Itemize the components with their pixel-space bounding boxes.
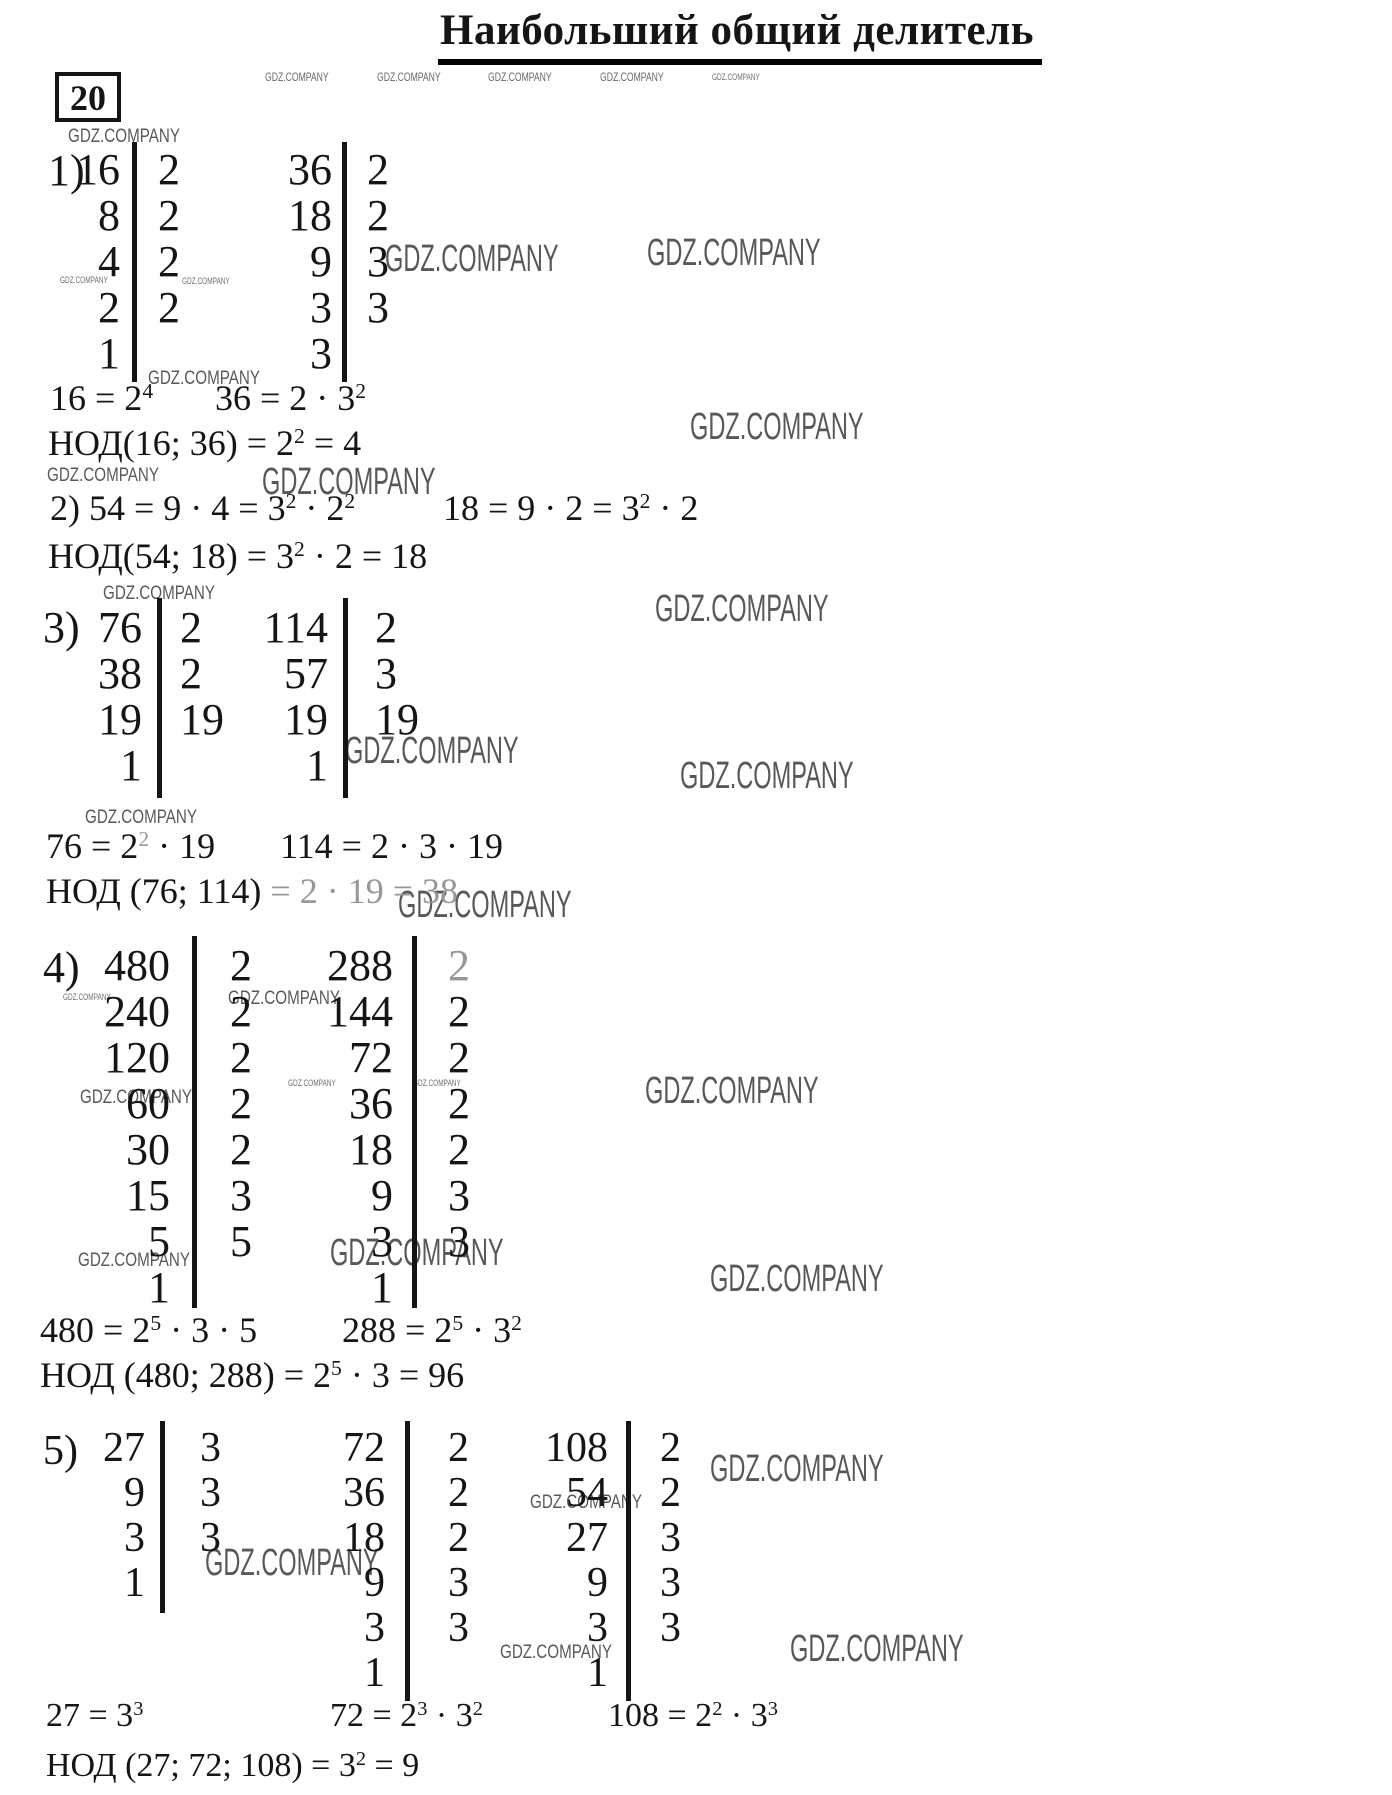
dividend-value: 1: [55, 1265, 170, 1311]
factorization-line: 18 = 9 · 2 = 32 · 2: [443, 490, 698, 527]
watermark: GDZ.COMPANY: [790, 1628, 964, 1671]
dividend-value: 8: [42, 193, 120, 239]
equation-text: = 4: [305, 423, 361, 463]
watermark: GDZ.COMPANY: [710, 1448, 884, 1491]
watermark: GDZ.COMPANY: [182, 276, 230, 286]
prime-divisor-value: 3: [660, 1517, 681, 1561]
equation-text: 76 = 2: [46, 826, 138, 866]
watermark: GDZ.COMPANY: [710, 1258, 884, 1301]
watermark: GDZ.COMPANY: [488, 70, 552, 84]
equation-text: · 2 = 18: [305, 536, 427, 576]
prime-divisor-value: 2: [180, 651, 202, 697]
prime-divisor-value: 2: [448, 1035, 470, 1081]
factorization-line: 36 = 2 · 32: [215, 380, 366, 417]
dividend-value: 288: [275, 943, 393, 989]
prime-divisor-value: 2: [158, 285, 180, 331]
factor-table-divider: [132, 142, 137, 382]
equation-text: = 2 · 19 = 38: [270, 871, 458, 911]
watermark: GDZ.COMPANY: [600, 70, 664, 84]
dividend-value: 9: [280, 1562, 385, 1606]
dividend-value: 60: [55, 1081, 170, 1127]
factorization-line: 114 = 2 · 3 · 19: [280, 828, 503, 865]
gcd-line: НОД (27; 72; 108) = 32 = 9: [46, 1748, 419, 1783]
dividend-value: 18: [280, 1517, 385, 1561]
equation-text: · 3: [463, 1310, 511, 1350]
prime-divisor-value: 3: [375, 651, 397, 697]
factor-table-divider: [405, 1421, 410, 1701]
equation-text: 27 = 3: [46, 1697, 133, 1734]
exponent: 2: [511, 1311, 522, 1335]
dividend-value: 3: [280, 1607, 385, 1651]
factorization-line: 16 = 24: [50, 380, 153, 417]
factor-table-divider: [626, 1421, 631, 1701]
dividend-value: 9: [60, 1472, 145, 1516]
prime-divisor-value: 2: [448, 1517, 469, 1561]
equation-text: · 19: [149, 826, 215, 866]
watermark: GDZ.COMPANY: [385, 238, 559, 281]
prime-divisor-value: 2: [367, 193, 389, 239]
dividend-value: 108: [510, 1427, 608, 1471]
factorization-line: 72 = 23 · 32: [330, 1698, 483, 1733]
equation-text: 480 = 2: [40, 1310, 150, 1350]
dividend-value: 18: [275, 1127, 393, 1173]
prime-divisor-value: 19: [375, 697, 419, 743]
prime-divisor-value: 2: [230, 1035, 252, 1081]
exponent: 3: [768, 1698, 778, 1720]
prime-divisor-value: 3: [448, 1607, 469, 1651]
exponent: 2: [286, 489, 297, 513]
exponent: 2: [473, 1698, 483, 1720]
equation-text: · 3: [427, 1697, 472, 1734]
dividend-value: 76: [58, 605, 142, 651]
equation-text: · 3: [722, 1697, 767, 1734]
dividend-value: 36: [280, 1472, 385, 1516]
gcd-line: НОД (76; 114) = 2 · 19 = 38: [46, 873, 458, 910]
prime-divisor-value: 2: [660, 1472, 681, 1516]
problem-number-box: 20: [55, 72, 121, 122]
dividend-value: 16: [42, 147, 120, 193]
dividend-value: 480: [55, 943, 170, 989]
prime-divisor-value: 2: [230, 1127, 252, 1173]
dividend-value: 4: [42, 239, 120, 285]
prime-divisor-value: 3: [448, 1219, 470, 1265]
equation-text: = 9: [366, 1747, 419, 1784]
dividend-value: 240: [55, 989, 170, 1035]
prime-divisor-value: 2: [448, 1472, 469, 1516]
dividend-value: 120: [55, 1035, 170, 1081]
equation-text: НОД(54; 18) = 3: [48, 536, 294, 576]
watermark: GDZ.COMPANY: [647, 232, 821, 275]
prime-divisor-value: 2: [660, 1427, 681, 1471]
factorization-line: 76 = 22 · 19: [46, 828, 215, 865]
dividend-value: 3: [275, 1219, 393, 1265]
prime-divisor-value: 3: [200, 1517, 221, 1561]
prime-divisor-value: 3: [200, 1427, 221, 1471]
equation-text: НОД (76; 114): [46, 871, 270, 911]
prime-divisor-value: 2: [375, 605, 397, 651]
equation-text: · 3 = 96: [342, 1355, 464, 1395]
factor-table-divider: [157, 598, 162, 798]
dividend-value: 72: [280, 1427, 385, 1471]
dividend-value: 18: [250, 193, 332, 239]
equation-text: 36 = 2 · 3: [215, 378, 355, 418]
exponent: 2: [712, 1698, 722, 1720]
equation-text: НОД(16; 36) = 2: [48, 423, 294, 463]
equation-text: НОД (480; 288) = 2: [40, 1355, 331, 1395]
dividend-value: 15: [55, 1173, 170, 1219]
exponent: 5: [331, 1356, 342, 1380]
equation-text: 16 = 2: [50, 378, 142, 418]
dividend-value: 1: [42, 331, 120, 377]
dividend-value: 1: [58, 743, 142, 789]
exponent: 2: [344, 489, 355, 513]
gcd-line: НОД(16; 36) = 22 = 4: [48, 425, 361, 462]
dividend-value: 3: [250, 285, 332, 331]
dividend-value: 144: [275, 989, 393, 1035]
prime-divisor-value: 3: [448, 1562, 469, 1606]
watermark: GDZ.COMPANY: [655, 588, 829, 631]
factorization-line: 288 = 25 · 32: [342, 1312, 522, 1349]
prime-divisor-value: 2: [367, 147, 389, 193]
equation-text: 2) 54 = 9 · 4 = 3: [50, 488, 286, 528]
factorization-line: 108 = 22 · 33: [608, 1698, 778, 1733]
exponent: 2: [294, 424, 305, 448]
prime-divisor-value: 3: [367, 239, 389, 285]
prime-divisor-value: 2: [448, 943, 470, 989]
dividend-value: 114: [235, 605, 328, 651]
equation-text: 108 = 2: [608, 1697, 712, 1734]
prime-divisor-value: 2: [230, 1081, 252, 1127]
factor-table-divider: [192, 936, 197, 1308]
exponent: 3: [417, 1698, 427, 1720]
dividend-value: 30: [55, 1127, 170, 1173]
equation-text: НОД (27; 72; 108) = 3: [46, 1747, 356, 1784]
prime-divisor-value: 2: [448, 1081, 470, 1127]
factor-table-divider: [412, 936, 417, 1308]
equation-text: 114 = 2 · 3 · 19: [280, 826, 503, 866]
watermark: GDZ.COMPANY: [345, 730, 519, 773]
exponent: 2: [355, 379, 366, 403]
watermark: GDZ.COMPANY: [645, 1070, 819, 1113]
prime-divisor-value: 5: [230, 1219, 252, 1265]
exponent: 5: [150, 1311, 161, 1335]
prime-divisor-value: 2: [180, 605, 202, 651]
gcd-line: НОД (480; 288) = 25 · 3 = 96: [40, 1357, 464, 1394]
prime-divisor-value: 3: [660, 1562, 681, 1606]
prime-divisor-value: 3: [448, 1173, 470, 1219]
dividend-value: 1: [275, 1265, 393, 1311]
equation-text: · 3 · 5: [161, 1310, 257, 1350]
watermark: GDZ.COMPANY: [377, 70, 441, 84]
dividend-value: 36: [250, 147, 332, 193]
prime-divisor-value: 2: [158, 193, 180, 239]
prime-divisor-value: 19: [180, 697, 224, 743]
dividend-value: 19: [235, 697, 328, 743]
dividend-value: 57: [235, 651, 328, 697]
watermark: GDZ.COMPANY: [265, 70, 329, 84]
factor-table-divider: [343, 598, 348, 798]
equation-text: 18 = 9 · 2 = 3: [443, 488, 640, 528]
exponent: 4: [142, 379, 153, 403]
worksheet-page: Наибольший общий делитель 20 GDZ.COMPANY…: [0, 0, 1392, 1795]
dividend-value: 1: [510, 1652, 608, 1696]
prime-divisor-value: 3: [200, 1472, 221, 1516]
exponent: 2: [356, 1748, 366, 1770]
prime-divisor-value: 3: [660, 1607, 681, 1651]
exponent: 5: [452, 1311, 463, 1335]
factorization-line: 2) 54 = 9 · 4 = 32 · 22: [50, 490, 355, 527]
dividend-value: 54: [510, 1472, 608, 1516]
watermark: GDZ.COMPANY: [712, 72, 760, 82]
prime-divisor-value: 2: [230, 989, 252, 1035]
dividend-value: 2: [42, 285, 120, 331]
dividend-value: 19: [58, 697, 142, 743]
exponent: 3: [133, 1698, 143, 1720]
dividend-value: 3: [60, 1517, 145, 1561]
equation-text: · 2: [296, 488, 344, 528]
equation-text: 72 = 2: [330, 1697, 417, 1734]
prime-divisor-value: 2: [448, 1127, 470, 1173]
dividend-value: 1: [235, 743, 328, 789]
dividend-value: 1: [60, 1562, 145, 1606]
dividend-value: 1: [280, 1652, 385, 1696]
dividend-value: 9: [250, 239, 332, 285]
dividend-value: 38: [58, 651, 142, 697]
prime-divisor-value: 2: [448, 1427, 469, 1471]
page-title: Наибольший общий делитель: [438, 6, 1042, 65]
prime-divisor-value: 2: [158, 147, 180, 193]
exponent: 2: [138, 827, 149, 851]
factorization-line: 480 = 25 · 3 · 5: [40, 1312, 257, 1349]
dividend-value: 36: [275, 1081, 393, 1127]
equation-text: 288 = 2: [342, 1310, 452, 1350]
dividend-value: 9: [275, 1173, 393, 1219]
dividend-value: 3: [510, 1607, 608, 1651]
equation-text: · 2: [650, 488, 698, 528]
dividend-value: 72: [275, 1035, 393, 1081]
prime-divisor-value: 3: [367, 285, 389, 331]
exponent: 2: [640, 489, 651, 513]
gcd-line: НОД(54; 18) = 32 · 2 = 18: [48, 538, 427, 575]
dividend-value: 27: [510, 1517, 608, 1561]
watermark: GDZ.COMPANY: [690, 406, 864, 449]
prime-divisor-value: 2: [230, 943, 252, 989]
factor-table-divider: [160, 1421, 165, 1613]
dividend-value: 9: [510, 1562, 608, 1606]
exponent: 2: [294, 537, 305, 561]
prime-divisor-value: 2: [158, 239, 180, 285]
prime-divisor-value: 2: [448, 989, 470, 1035]
watermark: GDZ.COMPANY: [47, 465, 159, 487]
dividend-value: 5: [55, 1219, 170, 1265]
watermark: GDZ.COMPANY: [680, 755, 854, 798]
factor-table-divider: [342, 142, 347, 382]
factorization-line: 27 = 33: [46, 1698, 143, 1733]
dividend-value: 27: [60, 1427, 145, 1471]
prime-divisor-value: 3: [230, 1173, 252, 1219]
dividend-value: 3: [250, 331, 332, 377]
